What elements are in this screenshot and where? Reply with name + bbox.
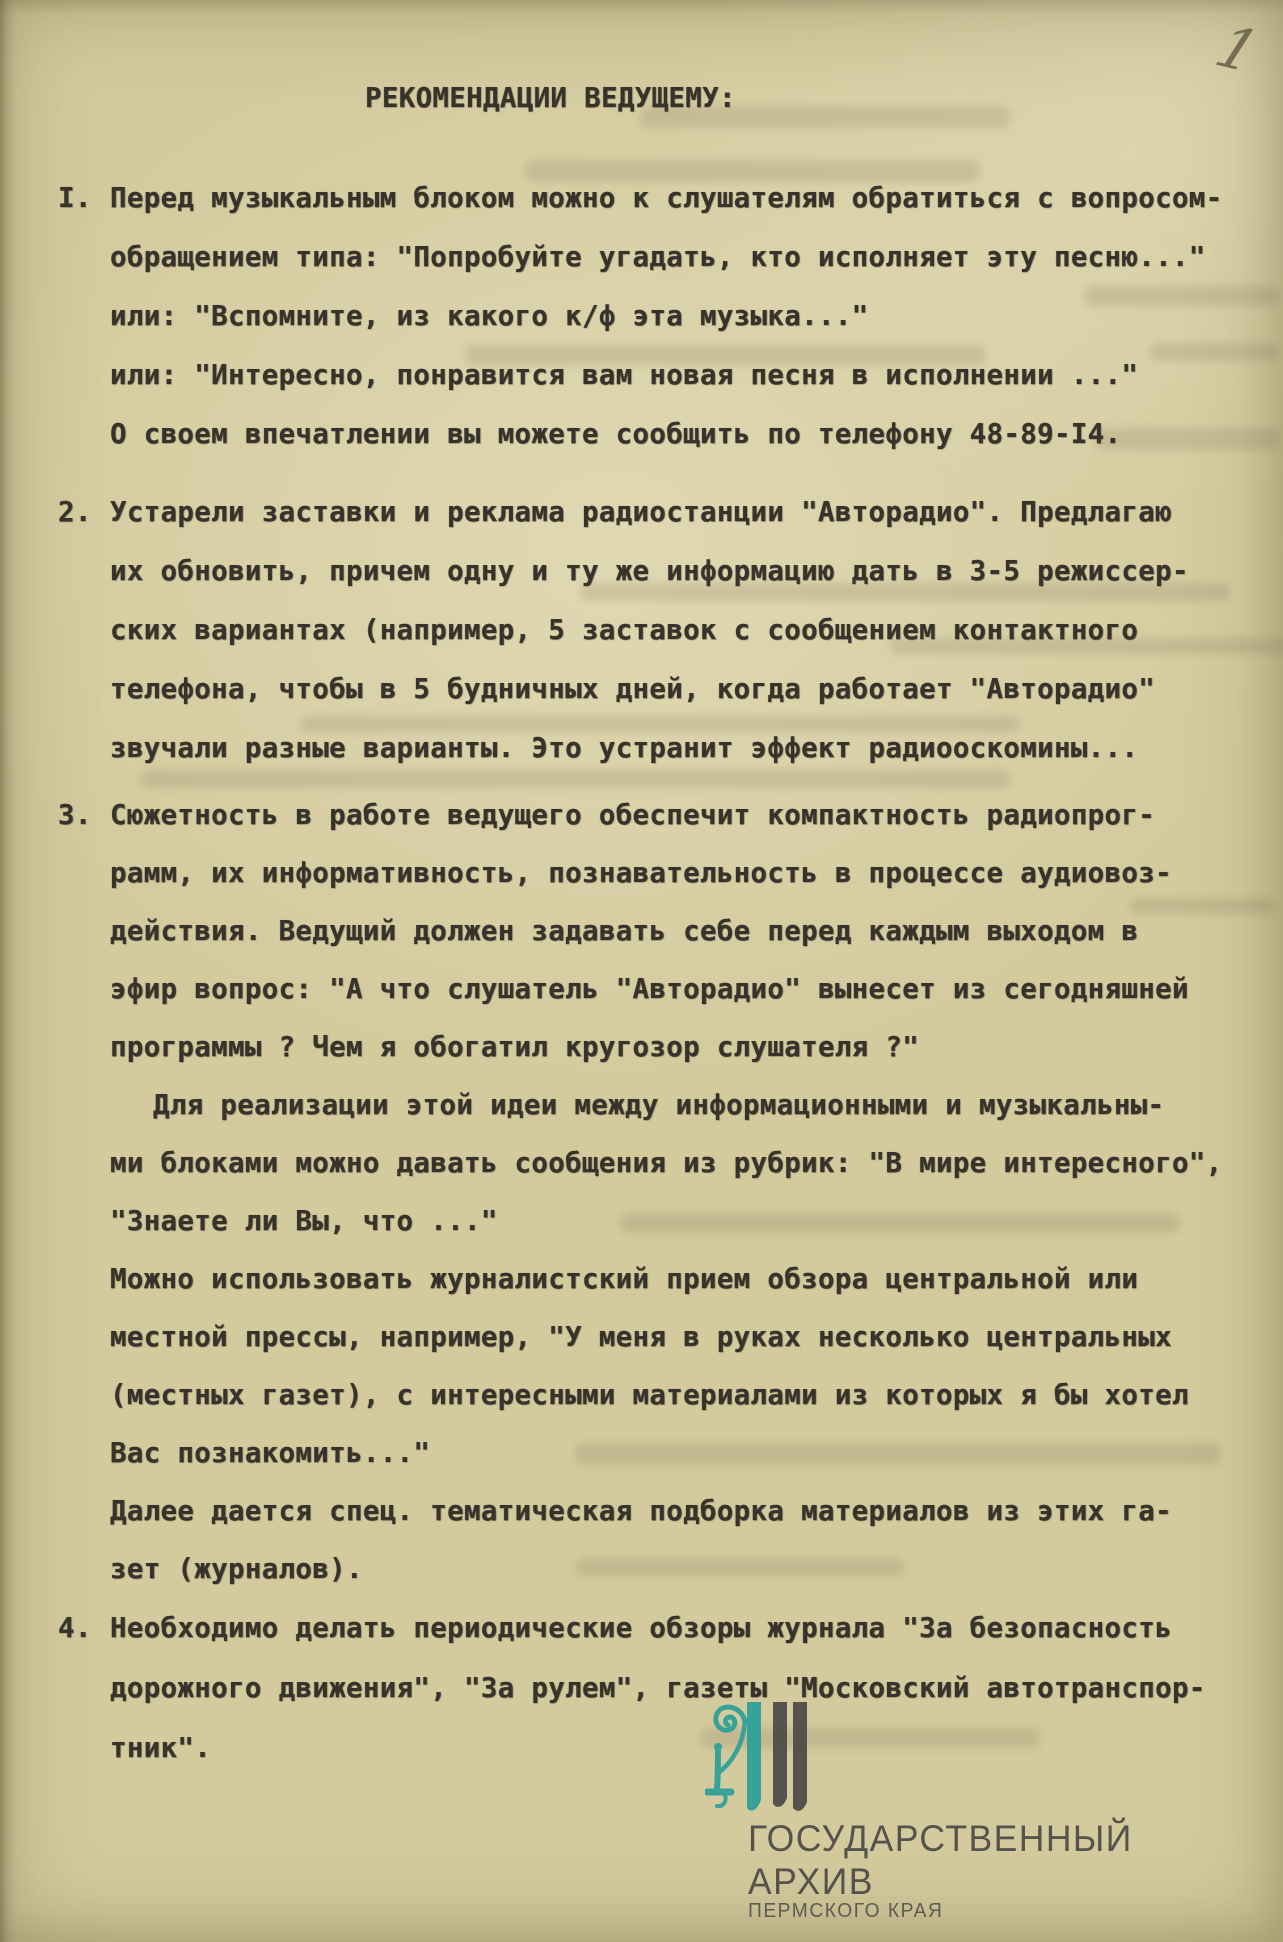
text-line: Далее дается спец. тематическая подборка…	[110, 1482, 1258, 1540]
text-line: Вас познакомить..."	[110, 1424, 1258, 1482]
item-number: 3.	[58, 786, 108, 844]
text-line: Для реализации этой идеи между информаци…	[110, 1076, 1258, 1134]
text-line: Можно использовать журналистский прием о…	[110, 1250, 1258, 1308]
text-line: О своем впечатлении вы можете сообщить п…	[110, 404, 1258, 463]
text-line: телефона, чтобы в 5 будничных дней, когд…	[110, 659, 1258, 718]
recommendation-item-3: 3. Сюжетность в работе ведущего обеспечи…	[58, 786, 1258, 1598]
text-line: местной прессы, например, "У меня в рука…	[110, 1308, 1258, 1366]
text-line: действия. Ведущий должен задавать себе п…	[110, 902, 1258, 960]
text-line: Необходимо делать периодические обзоры ж…	[110, 1598, 1258, 1658]
text-line: ми блоками можно давать сообщения из руб…	[110, 1134, 1258, 1192]
recommendation-item-2: 2. Устарели заставки и реклама радиостан…	[58, 482, 1258, 777]
text-line: обращением типа: "Попробуйте угадать, кт…	[110, 227, 1258, 286]
recommendation-item-1: I. Перед музыкальным блоком можно к слуш…	[58, 168, 1258, 463]
text-line: звучали разные варианты. Это устранит эф…	[110, 718, 1258, 777]
text-line: Устарели заставки и реклама радиостанции…	[110, 482, 1258, 541]
text-line: Перед музыкальным блоком можно к слушате…	[110, 168, 1258, 227]
text-line: Сюжетность в работе ведущего обеспечит к…	[110, 786, 1258, 844]
text-line: "Знаете ли Вы, что ..."	[110, 1192, 1258, 1250]
text-line: (местных газет), с интересными материала…	[110, 1366, 1258, 1424]
archive-watermark: ГОСУДАРСТВЕННЫЙ АРХИВ ПЕРМСКОГО КРАЯ	[705, 1700, 1265, 1930]
archive-org-name-line2: АРХИВ	[748, 1863, 874, 1900]
document-title: РЕКОМЕНДАЦИИ ВЕДУЩЕМУ:	[365, 78, 736, 118]
text-line: эфир вопрос: "А что слушатель "Авторадио…	[110, 960, 1258, 1018]
text-line: ских вариантах (например, 5 заставок с с…	[110, 600, 1258, 659]
archive-org-subtitle: ПЕРМСКОГО КРАЯ	[748, 1901, 943, 1921]
item-number: I.	[58, 168, 108, 227]
text-line: их обновить, причем одну и ту же информа…	[110, 541, 1258, 600]
text-line: или: "Интересно, понравится вам новая пе…	[110, 345, 1258, 404]
item-number: 4.	[58, 1598, 108, 1658]
scanned-document-page: 1 РЕКОМЕНДАЦИИ ВЕДУЩЕМУ: I. Перед музыка…	[0, 0, 1283, 1942]
text-line: зет (журналов).	[110, 1540, 1258, 1598]
text-line: программы ? Чем я обогатил кругозор слуш…	[110, 1018, 1258, 1076]
text-line: или: "Вспомните, из какого к/ф эта музык…	[110, 286, 1258, 345]
archive-org-name-line1: ГОСУДАРСТВЕННЫЙ	[748, 1820, 1133, 1857]
item-number: 2.	[58, 482, 108, 541]
archive-logo-icon	[705, 1700, 820, 1818]
handwritten-page-number: 1	[1194, 13, 1279, 93]
text-line: рамм, их информативность, познавательнос…	[110, 844, 1258, 902]
